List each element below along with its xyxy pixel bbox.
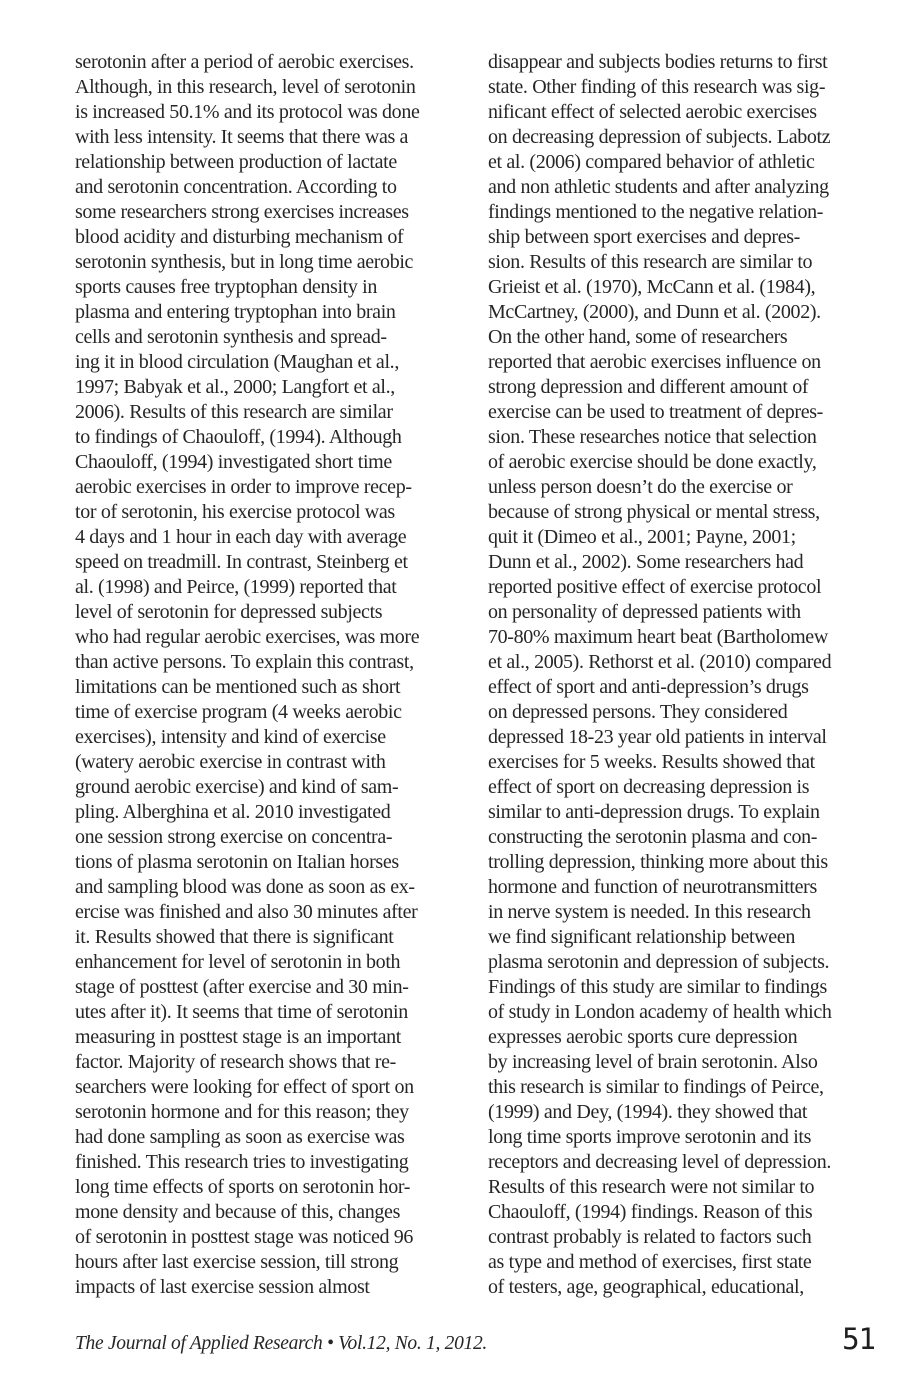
right-column-text: disappear and subjects bodies returns to… — [488, 50, 875, 1300]
journal-page: serotonin after a period of aerobic exer… — [0, 0, 919, 1388]
left-column-text: serotonin after a period of aerobic exer… — [75, 50, 462, 1300]
article-body: serotonin after a period of aerobic exer… — [75, 50, 875, 1300]
page-number: 51 — [842, 1322, 875, 1356]
page-footer: The Journal of Applied Research • Vol.12… — [75, 1322, 875, 1356]
journal-citation: The Journal of Applied Research • Vol.12… — [75, 1333, 487, 1355]
